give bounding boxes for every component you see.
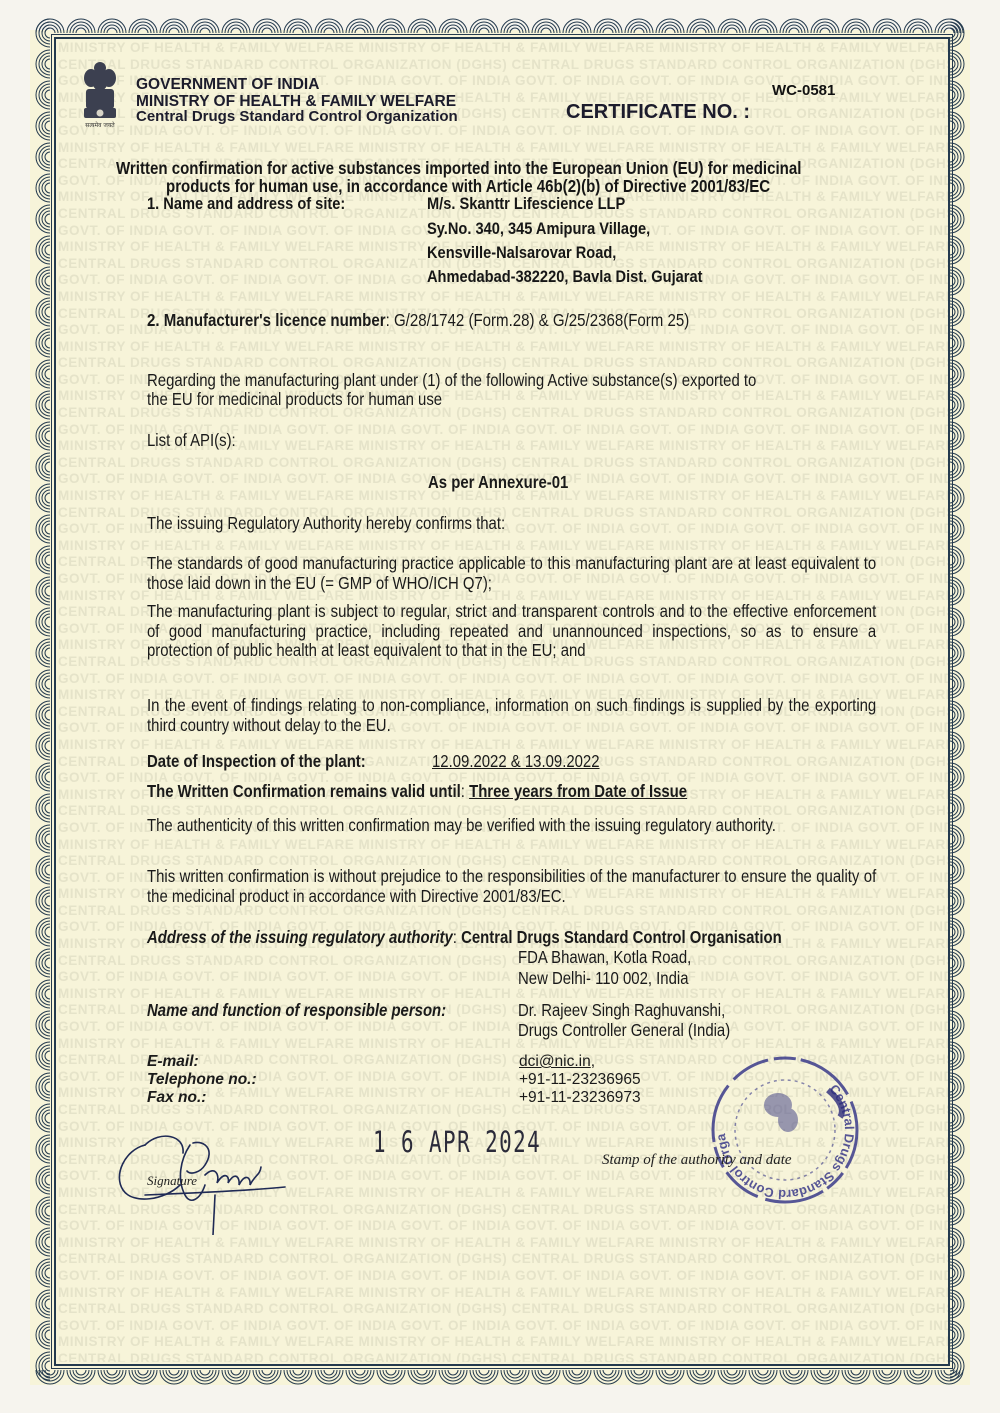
confirmation-paragraph: The standards of good manufacturing prac… bbox=[147, 554, 876, 593]
inspection-dates: 12.09.2022 & 13.09.2022 bbox=[432, 752, 600, 771]
email-label: E-mail: bbox=[147, 1053, 199, 1071]
signature-icon bbox=[105, 1105, 305, 1235]
authority-label: Address of the issuing regulatory author… bbox=[147, 927, 453, 947]
fax-value: +91-11-23236973 bbox=[519, 1089, 641, 1107]
site-address-line: Sy.No. 340, 345 Amipura Village, bbox=[427, 219, 650, 239]
prejudice-paragraph: This written confirmation is without pre… bbox=[147, 867, 876, 906]
header-organization: Central Drugs Standard Control Organizat… bbox=[136, 109, 458, 124]
header-government: GOVERNMENT OF INDIA bbox=[136, 77, 319, 92]
validity-label: The Written Confirmation remains valid u… bbox=[147, 781, 461, 801]
certificate-label: CERTIFICATE NO. : bbox=[566, 101, 750, 124]
header-ministry: MINISTRY OF HEALTH & FAMILY WELFARE bbox=[136, 94, 456, 109]
regarding-line-1: Regarding the manufacturing plant under … bbox=[147, 371, 756, 390]
email-link[interactable]: dci@nic.in bbox=[519, 1053, 591, 1070]
telephone-value: +91-11-23236965 bbox=[519, 1071, 641, 1089]
responsible-label: Name and function of responsible person: bbox=[147, 1001, 446, 1020]
authority-row: Address of the issuing regulatory author… bbox=[147, 928, 782, 947]
signature-label: Signature bbox=[147, 1173, 197, 1189]
authenticity-paragraph: The authenticity of this written confirm… bbox=[147, 816, 876, 836]
authority-address-line: New Delhi- 110 002, India bbox=[518, 969, 689, 988]
inspection-label: Date of Inspection of the plant: bbox=[147, 752, 366, 771]
licence-number: : G/28/1742 (Form.28) & G/25/2368(Form 2… bbox=[386, 310, 690, 330]
authority-name: Central Drugs Standard Control Organisat… bbox=[461, 927, 782, 947]
telephone-label: Telephone no.: bbox=[147, 1071, 257, 1089]
api-list-label: List of API(s): bbox=[147, 431, 236, 450]
regarding-line-2: the EU for medicinal products for human … bbox=[147, 390, 442, 409]
api-list-value: As per Annexure-01 bbox=[428, 473, 568, 492]
responsible-function: Drugs Controller General (India) bbox=[518, 1021, 730, 1040]
issue-date-stamp: 1 6 APR 2024 bbox=[373, 1125, 541, 1159]
stamp-caption: Stamp of the authority and date bbox=[602, 1152, 792, 1169]
national-emblem-icon: सत्यमेव जयते bbox=[80, 58, 120, 130]
fax-label: Fax no.: bbox=[147, 1089, 206, 1107]
official-seal-icon: Central Drugs Standard Control Organisat… bbox=[700, 1045, 870, 1215]
confirmation-paragraph: In the event of findings relating to non… bbox=[147, 696, 876, 735]
certificate-number: WC-0581 bbox=[772, 82, 835, 99]
confirmation-paragraph: The manufacturing plant is subject to re… bbox=[147, 602, 876, 661]
site-name: M/s. Skanttr Lifescience LLP bbox=[427, 194, 625, 214]
validity-value: Three years from Date of Issue bbox=[469, 781, 687, 801]
site-address-line: Ahmedabad-382220, Bavla Dist. Gujarat bbox=[427, 267, 702, 287]
licence-row: 2. Manufacturer's licence number: G/28/1… bbox=[147, 311, 689, 330]
svg-text:सत्यमेव जयते: सत्यमेव जयते bbox=[85, 121, 115, 129]
licence-label: 2. Manufacturer's licence number bbox=[147, 310, 386, 330]
email-row: dci@nic.in, bbox=[519, 1053, 595, 1071]
site-address-line: Kensville-Nalsarovar Road, bbox=[427, 243, 616, 263]
confirms-intro: The issuing Regulatory Authority hereby … bbox=[147, 514, 505, 533]
validity-row: The Written Confirmation remains valid u… bbox=[147, 782, 687, 801]
authority-address-line: FDA Bhawan, Kotla Road, bbox=[518, 948, 691, 967]
site-label: 1. Name and address of site: bbox=[147, 194, 345, 214]
responsible-name: Dr. Rajeev Singh Raghuvanshi, bbox=[518, 1001, 725, 1020]
